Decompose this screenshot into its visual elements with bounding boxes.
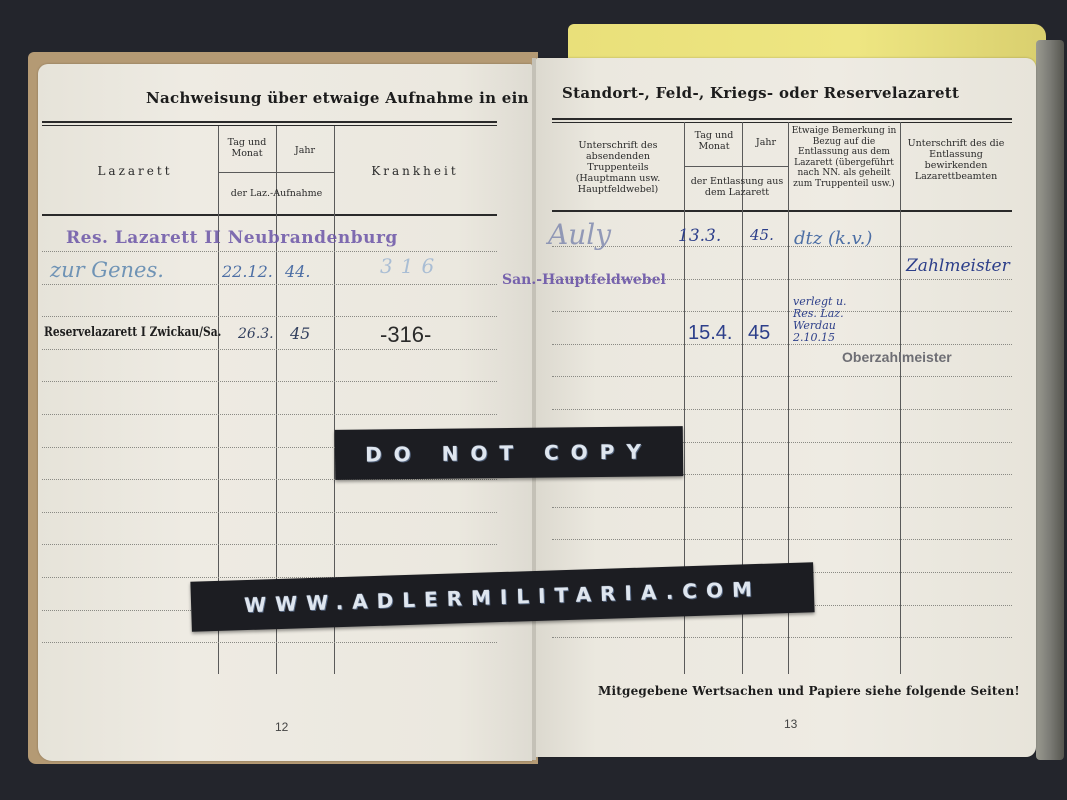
tag-monat-2: 26.3. — [238, 326, 274, 342]
col-header-lazarett: Lazarett — [60, 166, 210, 177]
ruled-line — [552, 409, 1012, 410]
footer-note: Mitgegebene Wertsachen und Papiere siehe… — [598, 684, 1020, 698]
hauptfeldwebel-stamp: San.-Hauptfeldwebel — [502, 272, 666, 288]
oberzahlmeister-stamp: Oberzahlmeister — [842, 349, 952, 365]
lazarett-note-1: zur Genes. — [50, 258, 164, 282]
header-top-rule — [552, 118, 1012, 120]
ruled-line — [42, 414, 497, 415]
lazarett-stamp-2: Reservelazarett I Zwickau/Sa. — [44, 325, 221, 340]
ruled-line — [552, 344, 1012, 345]
col-divider — [900, 122, 901, 674]
bemerkung-2: verlegt u. Res. Laz. Werdau 2.10.15 — [793, 296, 863, 344]
ruled-line — [42, 479, 497, 480]
jahr-1: 44. — [285, 262, 310, 281]
col-header-entlassung: der Entlassung aus dem Lazarett — [686, 176, 788, 198]
col-header-bemerkung: Etwaige Bemerkung in Bezug auf die Entla… — [790, 126, 898, 189]
ruled-line — [42, 316, 497, 317]
col-header-jahr: Jahr — [744, 137, 788, 148]
header-bottom-rule — [42, 214, 497, 216]
ruled-line — [552, 246, 1012, 247]
col-header-tag-monat: Tag und Monat — [219, 137, 275, 159]
ruled-line — [552, 507, 1012, 508]
watermark-tape-do-not-copy: DO NOT COPY — [335, 426, 684, 480]
header-top-rule-thin — [42, 125, 497, 126]
ruled-line — [42, 512, 497, 513]
book-spine — [532, 58, 536, 760]
krankheit-2: -316- — [380, 322, 431, 348]
entlassung-tag-monat-1: 13.3. — [678, 226, 721, 246]
header-top-rule — [42, 121, 497, 123]
ruled-line — [552, 311, 1012, 312]
lazarett-stamp-1: Res. Lazarett II Neubrandenburg — [66, 228, 398, 248]
header-top-rule-thin — [552, 122, 1012, 123]
right-page-title: Standort-, Feld-, Kriegs- oder Reservela… — [562, 84, 959, 102]
zahlmeister-signature: Zahlmeister — [906, 256, 1010, 276]
col-header-unterschrift-truppenteil: Unterschrift des absendenden Truppenteil… — [556, 140, 680, 195]
ruled-line — [42, 284, 497, 285]
entlassung-jahr-2: 45 — [748, 322, 770, 345]
subheader-rule — [684, 166, 788, 167]
page-number-right: 13 — [784, 717, 797, 731]
col-header-jahr: Jahr — [277, 145, 333, 156]
ruled-line — [552, 637, 1012, 638]
ruled-line — [552, 539, 1012, 540]
truppenteil-signature: Auly — [548, 218, 611, 251]
ruled-line — [42, 251, 497, 252]
ruled-line — [42, 381, 497, 382]
subheader-rule — [218, 172, 334, 173]
krankheit-1: 316 — [380, 254, 442, 278]
entlassung-jahr-1: 45. — [750, 226, 774, 244]
col-header-krankheit: Krankheit — [340, 166, 490, 177]
left-page-title: Nachweisung über etwaige Aufnahme in ein — [146, 89, 529, 107]
ruled-line — [42, 544, 497, 545]
jahr-2: 45 — [290, 324, 310, 343]
ruled-line — [42, 642, 497, 643]
ruled-line — [552, 376, 1012, 377]
book-cover-edge — [1036, 40, 1064, 760]
tag-monat-1: 22.12. — [222, 262, 273, 281]
page-number-left: 12 — [275, 720, 288, 734]
header-bottom-rule — [552, 210, 1012, 212]
col-header-unterschrift-beamter: Unterschrift des die Entlassung bewirken… — [904, 138, 1008, 182]
bemerkung-1: dtz (k.v.) — [794, 228, 872, 249]
col-header-tag-monat: Tag und Monat — [686, 130, 742, 152]
ruled-line — [42, 349, 497, 350]
col-header-laz-aufnahme: der Laz.-Aufnahme — [219, 188, 334, 199]
entlassung-tag-monat-2: 15.4. — [688, 322, 732, 345]
